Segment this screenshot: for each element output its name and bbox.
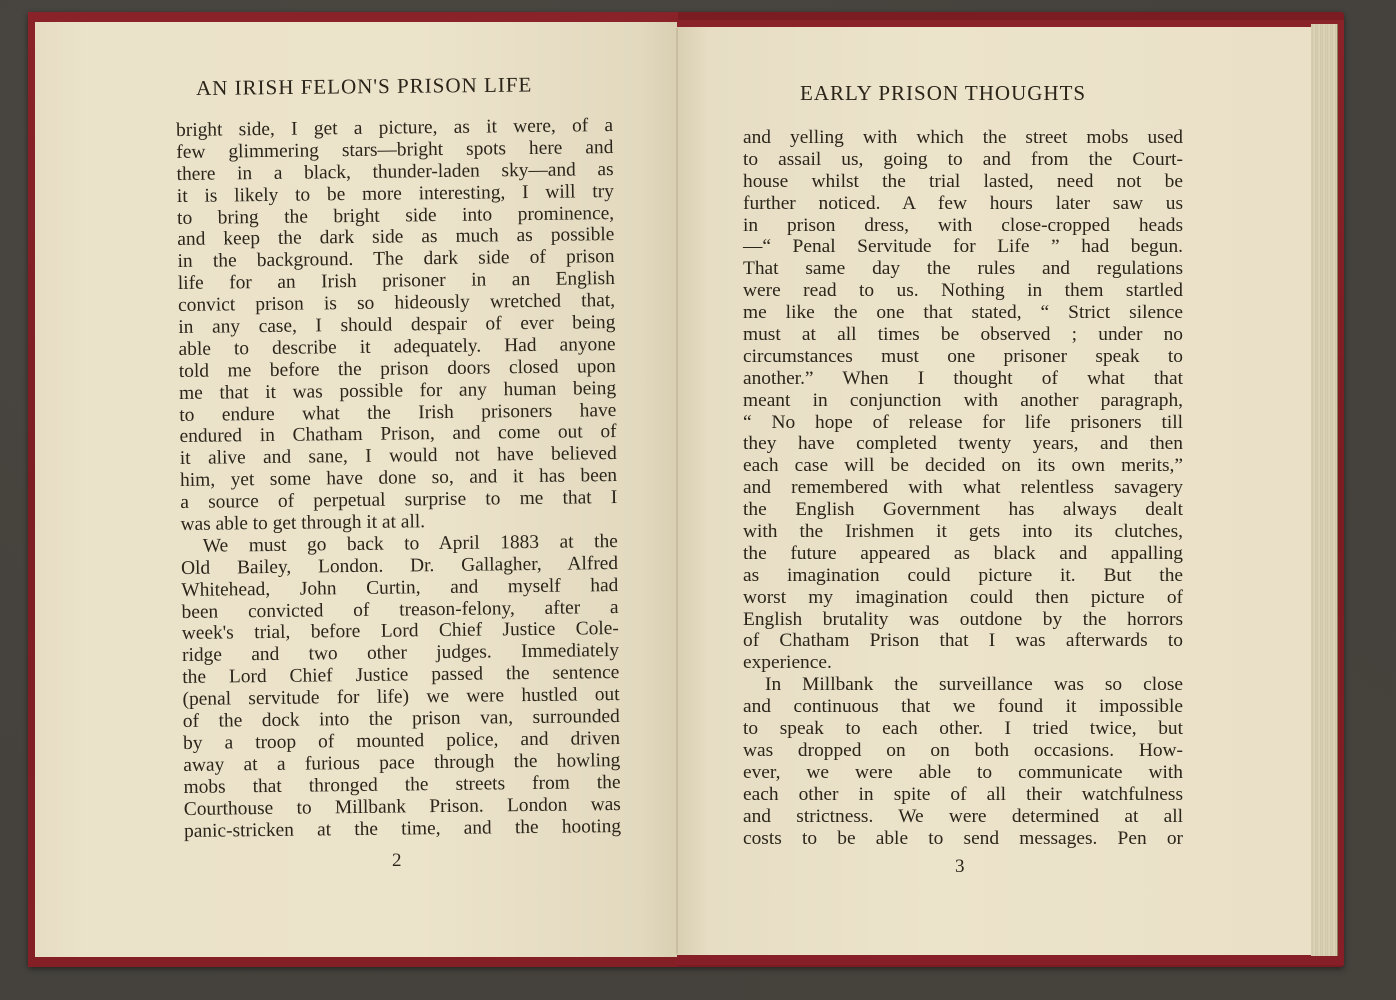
left-page-body-text: bright side, I get a picture, as it were… — [176, 115, 621, 842]
text-line: and remembered with what relentless sava… — [743, 477, 1183, 499]
text-line: the English Government has always dealt — [743, 499, 1183, 521]
text-line: of Chatham Prison that I was afterwards … — [743, 630, 1183, 652]
text-line: That same day the rules and regulations — [743, 258, 1183, 280]
text-line: they have completed twenty years, and th… — [743, 433, 1183, 455]
text-line: ever, we were able to communicate with — [743, 762, 1183, 784]
text-line: costs to be able to send messages. Pen o… — [743, 828, 1183, 850]
text-line: English brutality was outdone by the hor… — [743, 609, 1183, 631]
text-line: each case will be decided on its own mer… — [743, 455, 1183, 477]
right-running-head: EARLY PRISON THOUGHTS — [800, 81, 1086, 106]
text-line: worst my imagination could then picture … — [743, 587, 1183, 609]
text-line: with the Irishmen it gets into its clutc… — [743, 521, 1183, 543]
text-line: —“ Penal Servitude for Life ” had begun. — [743, 236, 1183, 258]
left-running-head: AN IRISH FELON'S PRISON LIFE — [196, 72, 533, 101]
right-page-number: 3 — [955, 856, 965, 878]
text-line: me like the one that stated, “ Strict si… — [743, 302, 1183, 324]
text-line: to speak to each other. I tried twice, b… — [743, 718, 1183, 740]
text-line: each other in spite of all their watchfu… — [743, 784, 1183, 806]
book-gutter — [676, 28, 678, 954]
text-line: “ No hope of release for life prisoners … — [743, 412, 1183, 434]
text-line: was dropped on on both occasions. How- — [743, 740, 1183, 762]
text-line: were read to us. Nothing in them startle… — [743, 280, 1183, 302]
text-line: and strictness. We were determined at al… — [743, 806, 1183, 828]
text-line: as imagination could picture it. But the — [743, 565, 1183, 587]
text-line: house whilst the trial lasted, need not … — [743, 171, 1183, 193]
text-line: to assail us, going to and from the Cour… — [743, 149, 1183, 171]
text-line: meant in conjunction with another paragr… — [743, 390, 1183, 412]
text-line: and continuous that we found it impossib… — [743, 696, 1183, 718]
text-line: must at all times be observed ; under no — [743, 324, 1183, 346]
text-line: and yelling with which the street mobs u… — [743, 127, 1183, 149]
left-page-number: 2 — [392, 850, 402, 872]
right-page-body-text: and yelling with which the street mobs u… — [743, 127, 1183, 849]
text-line: experience. — [743, 652, 1183, 674]
text-line: in prison dress, with close-cropped head… — [743, 215, 1183, 237]
text-line: circumstances must one prisoner speak to — [743, 346, 1183, 368]
text-line: another.” When I thought of what that — [743, 368, 1183, 390]
text-line: In Millbank the surveillance was so clos… — [743, 674, 1183, 696]
page-block-edges — [1311, 24, 1338, 956]
text-line: the future appeared as black and appalli… — [743, 543, 1183, 565]
text-line: further noticed. A few hours later saw u… — [743, 193, 1183, 215]
